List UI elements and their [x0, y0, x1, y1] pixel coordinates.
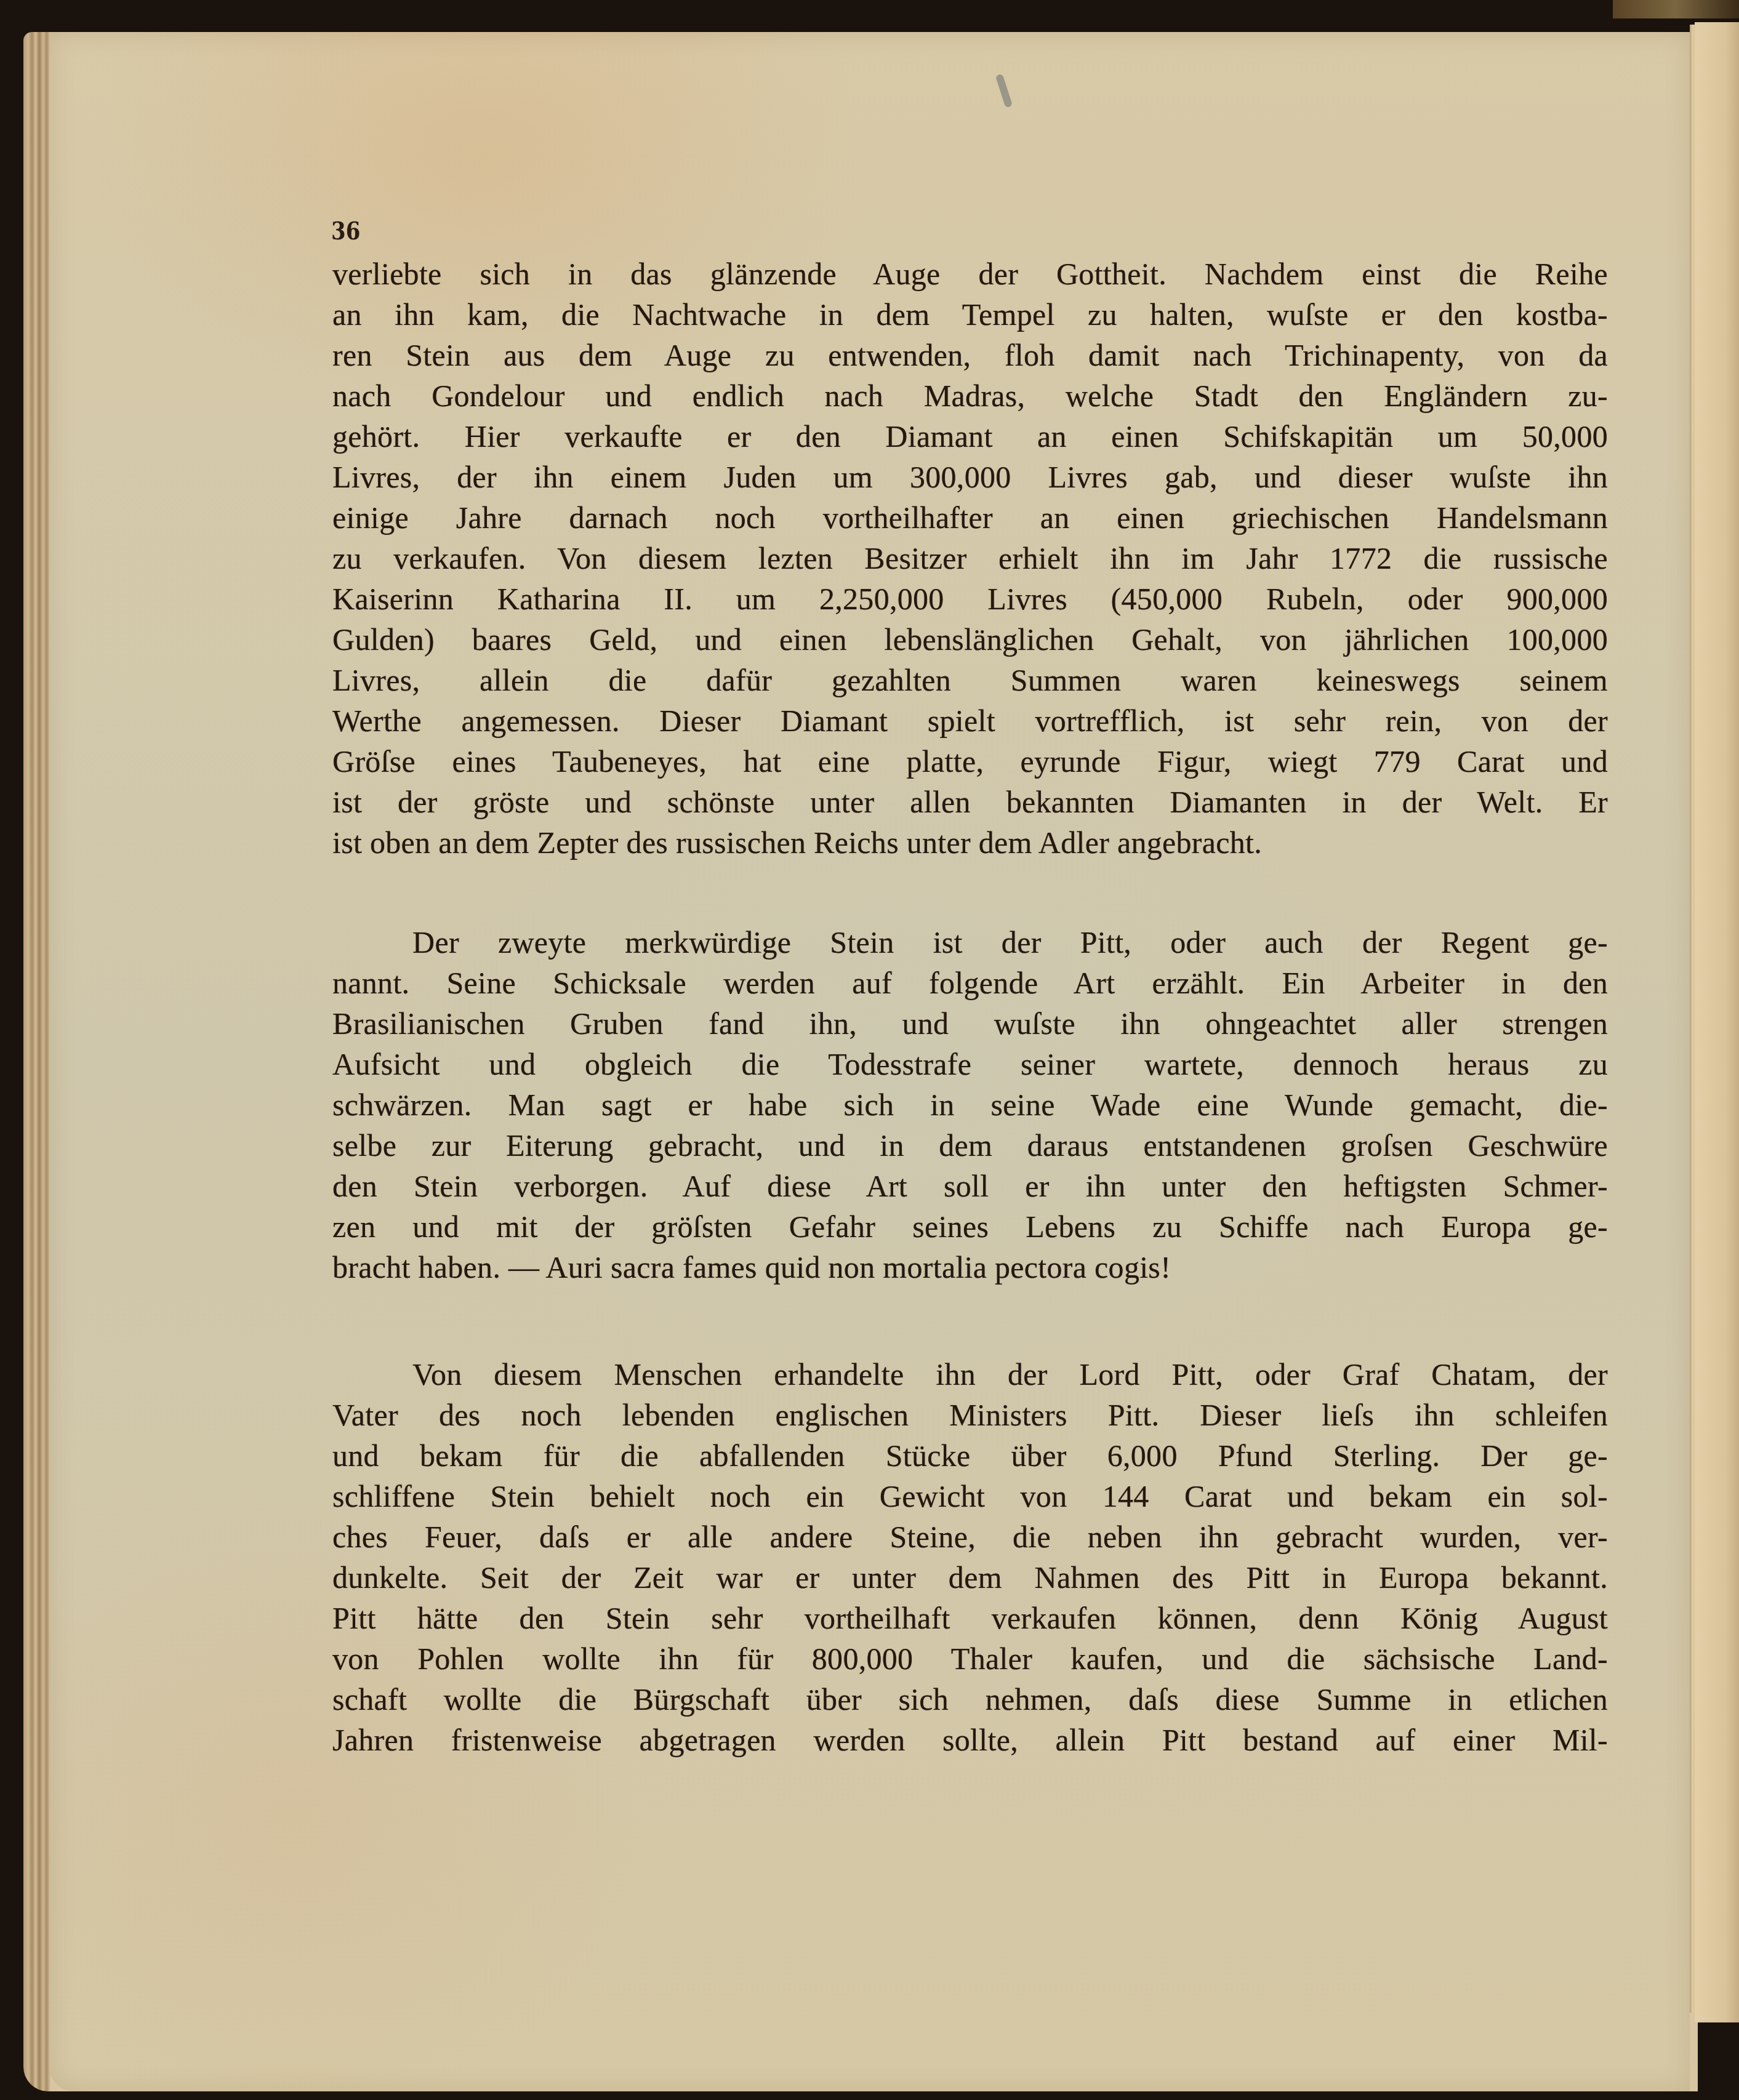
text-line: gehört. Hier verkaufte er den Diamant an…	[332, 416, 1608, 457]
text-line: Brasilianischen Gruben fand ihn, und wuſ…	[332, 1003, 1608, 1044]
scanned-book-page: 36 verliebte sich in das glänzende Auge …	[0, 0, 1739, 2100]
text-line: ist oben an dem Zepter des russischen Re…	[332, 822, 1608, 863]
text-line: Kaiserinn Katharina II. um 2,250,000 Liv…	[332, 579, 1608, 619]
binding-edge	[1613, 0, 1739, 18]
text-line: nach Gondelour und endlich nach Madras, …	[332, 375, 1608, 416]
text-line: nannt. Seine Schicksale werden auf folge…	[332, 963, 1608, 1003]
text-line: ches Feuer, daſs er alle andere Steine, …	[332, 1517, 1608, 1557]
text-line: verliebte sich in das glänzende Auge der…	[332, 254, 1608, 294]
text-line: zu verkaufen. Von diesem lezten Besitzer…	[332, 538, 1608, 579]
text-line: Jahren fristenweise abgetragen werden so…	[332, 1720, 1608, 1760]
text-line: Von diesem Menschen erhandelte ihn der L…	[332, 1354, 1608, 1395]
text-line: Der zweyte merkwürdige Stein ist der Pit…	[332, 922, 1608, 963]
text-line: Gulden) baares Geld, und einen lebenslän…	[332, 619, 1608, 660]
text-line: dunkelte. Seit der Zeit war er unter dem…	[332, 1557, 1608, 1598]
text-line: Gröſse eines Taubeneyes, hat eine platte…	[332, 741, 1608, 782]
facing-page-strip	[1695, 22, 1739, 2022]
paragraph-3: Von diesem Menschen erhandelte ihn der L…	[332, 1354, 1608, 1760]
paragraph-1: verliebte sich in das glänzende Auge der…	[332, 254, 1608, 863]
text-line: Pitt hätte den Stein sehr vortheilhaft v…	[332, 1598, 1608, 1638]
text-line: Vater des noch lebenden englischen Minis…	[332, 1395, 1608, 1435]
text-line: schaft wollte die Bürgschaft über sich n…	[332, 1679, 1608, 1720]
text-line: ren Stein aus dem Auge zu entwenden, flo…	[332, 335, 1608, 375]
text-line: einige Jahre darnach noch vortheilhafter…	[332, 497, 1608, 538]
gutter-fold	[1690, 25, 1695, 2013]
text-line: zen und mit der gröſsten Gefahr seines L…	[332, 1206, 1608, 1247]
text-line: selbe zur Eiterung gebracht, und in dem …	[332, 1125, 1608, 1166]
text-line: Aufsicht und obgleich die Todesstrafe se…	[332, 1044, 1608, 1084]
text-line: und bekam für die abfallenden Stücke übe…	[332, 1435, 1608, 1476]
text-line: Werthe angemessen. Dieser Diamant spielt…	[332, 700, 1608, 741]
text-line: schliffene Stein behielt noch ein Gewich…	[332, 1476, 1608, 1517]
text-line: schwärzen. Man sagt er habe sich in sein…	[332, 1084, 1608, 1125]
text-line: bracht haben. — Auri sacra fames quid no…	[332, 1247, 1608, 1288]
text-line: Livres, allein die dafür gezahlten Summe…	[332, 660, 1608, 700]
text-line: den Stein verborgen. Auf diese Art soll …	[332, 1166, 1608, 1206]
text-line: Livres, der ihn einem Juden um 300,000 L…	[332, 457, 1608, 497]
paragraph-2: Der zweyte merkwürdige Stein ist der Pit…	[332, 922, 1608, 1288]
text-line: an ihn kam, die Nachtwache in dem Tempel…	[332, 294, 1608, 335]
text-line: von Pohlen wollte ihn für 800,000 Thaler…	[332, 1638, 1608, 1679]
text-line: ist der gröste und schönste unter allen …	[332, 782, 1608, 822]
page-number: 36	[331, 217, 360, 246]
